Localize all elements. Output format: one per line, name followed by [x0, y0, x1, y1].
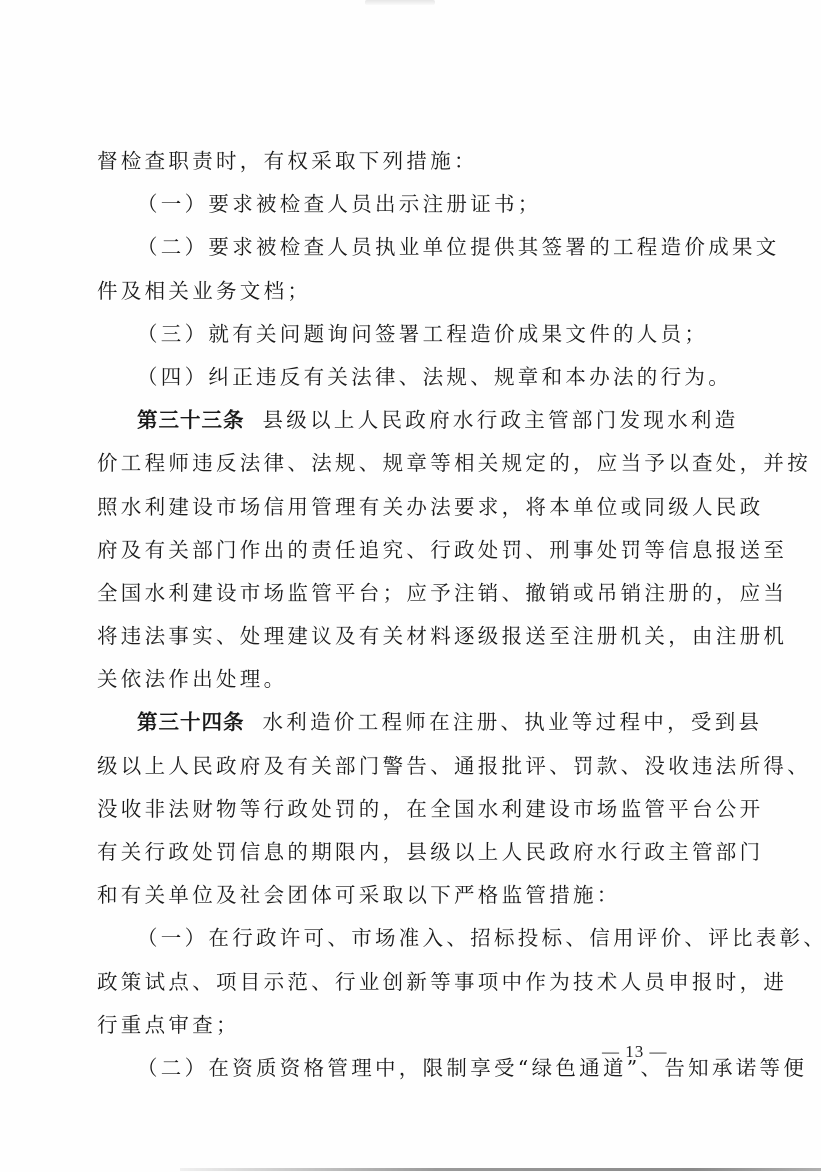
paragraph-line: 照水利建设市场信用管理有关办法要求，将本单位或同级人民政 — [97, 486, 725, 529]
paragraph-line: 没收非法财物等行政处罚的，在全国水利建设市场监管平台公开 — [97, 788, 725, 831]
document-body: 督检查职责时，有权采取下列措施： （一）要求被检查人员出示注册证书； （二）要求… — [97, 140, 725, 1090]
paragraph-line: 和有关单位及社会团体可采取以下严格监管措施： — [97, 874, 725, 917]
list-item: （三）就有关问题询问签署工程造价成果文件的人员； — [97, 313, 725, 356]
page-edge-shadow — [180, 1168, 821, 1171]
document-page: 督检查职责时，有权采取下列措施： （一）要求被检查人员出示注册证书； （二）要求… — [0, 0, 821, 1172]
paragraph-line: 督检查职责时，有权采取下列措施： — [97, 140, 725, 183]
paragraph-line: 有关行政处罚信息的期限内，县级以上人民政府水行政主管部门 — [97, 831, 725, 874]
list-item-continuation: 行重点审查； — [97, 1004, 725, 1047]
paragraph-line: 府及有关部门作出的责任追究、行政处罚、刑事处罚等信息报送至 — [97, 529, 725, 572]
list-item: （一）在行政许可、市场准入、招标投标、信用评价、评比表彰、 — [97, 917, 725, 960]
list-item: （一）要求被检查人员出示注册证书； — [97, 183, 725, 226]
list-item: （四）纠正违反有关法律、法规、规章和本办法的行为。 — [97, 356, 725, 399]
article-33-first-line: 第三十三条县级以上人民政府水行政主管部门发现水利造 — [97, 399, 725, 442]
article-number: 第三十四条 — [137, 710, 245, 734]
page-number: — 13 — — [602, 1042, 668, 1062]
article-number: 第三十三条 — [137, 408, 245, 432]
list-item-continuation: 政策试点、项目示范、行业创新等事项中作为技术人员申报时，进 — [97, 961, 725, 1004]
paragraph-line: 全国水利建设市场监管平台；应予注销、撤销或吊销注册的，应当 — [97, 572, 725, 615]
scan-artifact — [365, 0, 435, 5]
article-text: 水利造价工程师在注册、执业等过程中，受到县 — [263, 710, 763, 734]
article-text: 县级以上人民政府水行政主管部门发现水利造 — [263, 408, 739, 432]
article-34-first-line: 第三十四条水利造价工程师在注册、执业等过程中，受到县 — [97, 701, 725, 744]
paragraph-line: 将违法事实、处理建议及有关材料逐级报送至注册机关，由注册机 — [97, 615, 725, 658]
list-item-continuation: 件及相关业务文档； — [97, 270, 725, 313]
paragraph-line: 价工程师违反法律、法规、规章等相关规定的，应当予以查处，并按 — [97, 442, 725, 485]
paragraph-line: 关依法作出处理。 — [97, 658, 725, 701]
paragraph-line: 级以上人民政府及有关部门警告、通报批评、罚款、没收违法所得、 — [97, 745, 725, 788]
list-item: （二）要求被检查人员执业单位提供其签署的工程造价成果文 — [97, 226, 725, 269]
